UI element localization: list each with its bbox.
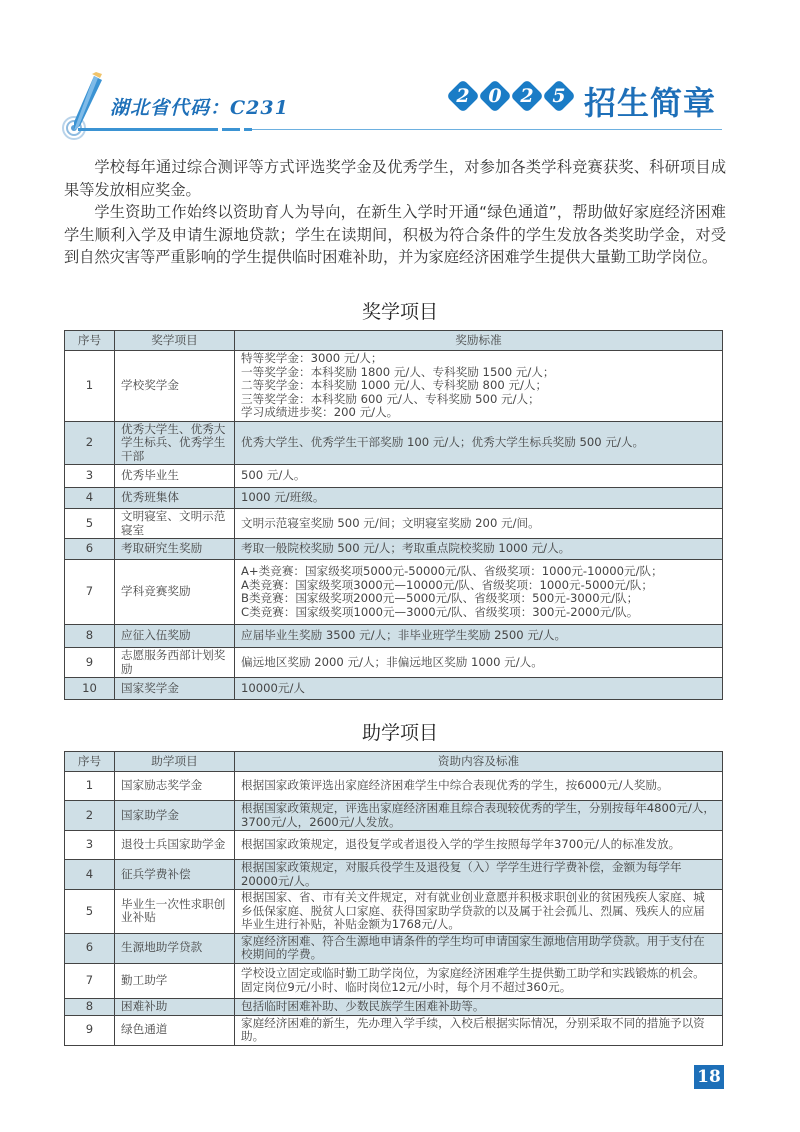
row-number: 8: [65, 998, 115, 1015]
table-row: 5 文明寝室、文明示范寝室 文明示范寝室奖励 500 元/间；文明寝室奖励 20…: [65, 509, 723, 539]
column-header: 资助内容及标准: [235, 752, 723, 772]
table-row: 3 优秀毕业生 500 元/人。: [65, 465, 723, 488]
row-number: 3: [65, 831, 115, 860]
row-item: 优秀毕业生: [115, 465, 235, 488]
row-standard: 应届毕业生奖励 3500 元/人；非毕业班学生奖励 2500 元/人。: [235, 625, 723, 648]
row-number: 5: [65, 890, 115, 934]
row-standard: 家庭经济困难的新生，先办理入学手续，入校后根据实际情况，分别采取不同的措施予以资…: [235, 1015, 723, 1045]
column-header: 奖励标准: [235, 331, 723, 351]
table-row: 1 学校奖学金 特等奖学金：3000 元/人； 一等奖学金：本科奖励 1800 …: [65, 351, 723, 422]
row-number: 4: [65, 860, 115, 890]
row-number: 1: [65, 772, 115, 801]
row-number: 1: [65, 351, 115, 422]
table-header-row: 序号 奖学项目 奖励标准: [65, 331, 723, 351]
row-number: 5: [65, 509, 115, 539]
row-item: 国家奖学金: [115, 678, 235, 700]
intro-paragraph: 学生资助工作始终以资助育人为导向，在新生入学时开通“绿色通道”，帮助做好家庭经济…: [64, 201, 726, 269]
row-number: 10: [65, 678, 115, 700]
row-item: 优秀大学生、优秀大学生标兵、优秀学生干部: [115, 421, 235, 465]
table-header-row: 序号 助学项目 资助内容及标准: [65, 752, 723, 772]
row-standard: 10000元/人: [235, 678, 723, 700]
table-row: 2 国家助学金 根据国家政策规定，评选出家庭经济困难且综合表现较优秀的学生，分别…: [65, 801, 723, 831]
aid-section-title: 助学项目: [0, 718, 800, 745]
year-digit-badge: 5: [542, 79, 576, 113]
row-standard: 优秀大学生、优秀学生干部奖励 100 元/人；优秀大学生标兵奖励 500 元/人…: [235, 421, 723, 465]
row-standard: 1000 元/班级。: [235, 488, 723, 509]
row-standard: 根据国家政策规定，评选出家庭经济困难且综合表现较优秀的学生，分别按每年4800元…: [235, 801, 723, 831]
header-divider: [78, 128, 218, 131]
row-item: 毕业生一次性求职创业补贴: [115, 890, 235, 934]
row-item: 文明寝室、文明示范寝室: [115, 509, 235, 539]
header-divider-dash: [244, 128, 252, 131]
row-number: 3: [65, 465, 115, 488]
row-standard: 根据国家政策评选出家庭经济困难学生中综合表现优秀的学生，按6000元/人奖励。: [235, 772, 723, 801]
year-digit-badge: 2: [446, 79, 480, 113]
row-standard: 500 元/人。: [235, 465, 723, 488]
row-item: 退役士兵国家助学金: [115, 831, 235, 860]
table-row: 8 困难补助 包括临时困难补助、少数民族学生困难补助等。: [65, 998, 723, 1015]
province-code: 湖北省代码：C231: [110, 93, 289, 120]
row-standard: 学校设立固定或临时勤工助学岗位，为家庭经济困难学生提供勤工助学和实践锻炼的机会。…: [235, 963, 723, 998]
row-number: 6: [65, 933, 115, 963]
row-number: 8: [65, 625, 115, 648]
row-standard: 包括临时困难补助、少数民族学生困难补助等。: [235, 998, 723, 1015]
row-standard: 根据国家政策规定，退役复学或者退役入学的学生按照每学年3700元/人的标准发放。: [235, 831, 723, 860]
row-item: 志愿服务西部计划奖励: [115, 648, 235, 678]
row-number: 7: [65, 560, 115, 625]
table-row: 4 征兵学费补偿 根据国家政策规定，对服兵役学生及退役复（入）学学生进行学费补偿…: [65, 860, 723, 890]
table-row: 6 生源地助学贷款 家庭经济困难、符合生源地申请条件的学生均可申请国家生源地信用…: [65, 933, 723, 963]
year-digit-badge: 2: [510, 79, 544, 113]
row-standard: 根据国家政策规定，对服兵役学生及退役复（入）学学生进行学费补偿，金额为每学年20…: [235, 860, 723, 890]
brochure-title: 招生简章: [584, 78, 716, 124]
table-row: 6 考取研究生奖励 考取一般院校奖励 500 元/人；考取重点院校奖励 1000…: [65, 539, 723, 560]
row-item: 国家励志奖学金: [115, 772, 235, 801]
row-number: 4: [65, 488, 115, 509]
row-item: 征兵学费补偿: [115, 860, 235, 890]
table-row: 7 学科竞赛奖励 A+类竞赛：国家级奖项5000元-50000元/队、省级奖项：…: [65, 560, 723, 625]
table-row: 7 勤工助学 学校设立固定或临时勤工助学岗位，为家庭经济困难学生提供勤工助学和实…: [65, 963, 723, 998]
table-row: 3 退役士兵国家助学金 根据国家政策规定，退役复学或者退役入学的学生按照每学年3…: [65, 831, 723, 860]
row-item: 学科竞赛奖励: [115, 560, 235, 625]
scholarship-section-title: 奖学项目: [0, 297, 800, 324]
row-number: 2: [65, 801, 115, 831]
row-item: 绿色通道: [115, 1015, 235, 1045]
header-divider-dash: [222, 128, 240, 131]
table-row: 8 应征入伍奖励 应届毕业生奖励 3500 元/人；非毕业班学生奖励 2500 …: [65, 625, 723, 648]
column-header: 奖学项目: [115, 331, 235, 351]
row-item: 考取研究生奖励: [115, 539, 235, 560]
table-row: 10 国家奖学金 10000元/人: [65, 678, 723, 700]
row-standard: 考取一般院校奖励 500 元/人；考取重点院校奖励 1000 元/人。: [235, 539, 723, 560]
aid-table: 序号 助学项目 资助内容及标准 1 国家励志奖学金 根据国家政策评选出家庭经济困…: [64, 751, 723, 1046]
scholarship-table: 序号 奖学项目 奖励标准 1 学校奖学金 特等奖学金：3000 元/人； 一等奖…: [64, 330, 723, 700]
table-row: 9 志愿服务西部计划奖励 偏远地区奖励 2000 元/人；非偏远地区奖励 100…: [65, 648, 723, 678]
table-row: 2 优秀大学生、优秀大学生标兵、优秀学生干部 优秀大学生、优秀学生干部奖励 10…: [65, 421, 723, 465]
row-item: 勤工助学: [115, 963, 235, 998]
row-item: 学校奖学金: [115, 351, 235, 422]
page-number: 18: [694, 1065, 724, 1089]
intro-paragraph: 学校每年通过综合测评等方式评选奖学金及优秀学生，对参加各类学科竞赛获奖、科研项目…: [64, 156, 726, 201]
row-standard: 家庭经济困难、符合生源地申请条件的学生均可申请国家生源地信用助学贷款。用于支付在…: [235, 933, 723, 963]
row-standard: A+类竞赛：国家级奖项5000元-50000元/队、省级奖项：1000元-100…: [235, 560, 723, 625]
column-header: 序号: [65, 331, 115, 351]
table-row: 1 国家励志奖学金 根据国家政策评选出家庭经济困难学生中综合表现优秀的学生，按6…: [65, 772, 723, 801]
table-row: 4 优秀班集体 1000 元/班级。: [65, 488, 723, 509]
year-digit-badge: 0: [478, 79, 512, 113]
row-item: 应征入伍奖励: [115, 625, 235, 648]
row-number: 2: [65, 421, 115, 465]
page-header: 湖北省代码：C231 2 0 2 5 招生简章: [0, 0, 800, 145]
row-item: 困难补助: [115, 998, 235, 1015]
intro-text: 学校每年通过综合测评等方式评选奖学金及优秀学生，对参加各类学科竞赛获奖、科研项目…: [64, 156, 726, 269]
row-number: 9: [65, 1015, 115, 1045]
column-header: 助学项目: [115, 752, 235, 772]
row-number: 7: [65, 963, 115, 998]
row-number: 9: [65, 648, 115, 678]
column-header: 序号: [65, 752, 115, 772]
row-number: 6: [65, 539, 115, 560]
pencil-icon: [62, 72, 112, 142]
year-badges: 2 0 2 5: [446, 79, 574, 113]
row-standard: 文明示范寝室奖励 500 元/间；文明寝室奖励 200 元/间。: [235, 509, 723, 539]
table-row: 9 绿色通道 家庭经济困难的新生，先办理入学手续，入校后根据实际情况，分别采取不…: [65, 1015, 723, 1045]
row-item: 国家助学金: [115, 801, 235, 831]
row-standard: 特等奖学金：3000 元/人； 一等奖学金：本科奖励 1800 元/人、专科奖励…: [235, 351, 723, 422]
row-standard: 根据国家、省、市有关文件规定，对有就业创业意愿并积极求职创业的贫困残疾人家庭、城…: [235, 890, 723, 934]
table-row: 5 毕业生一次性求职创业补贴 根据国家、省、市有关文件规定，对有就业创业意愿并积…: [65, 890, 723, 934]
row-standard: 偏远地区奖励 2000 元/人；非偏远地区奖励 1000 元/人。: [235, 648, 723, 678]
header-divider-thin: [252, 129, 722, 130]
row-item: 生源地助学贷款: [115, 933, 235, 963]
row-item: 优秀班集体: [115, 488, 235, 509]
